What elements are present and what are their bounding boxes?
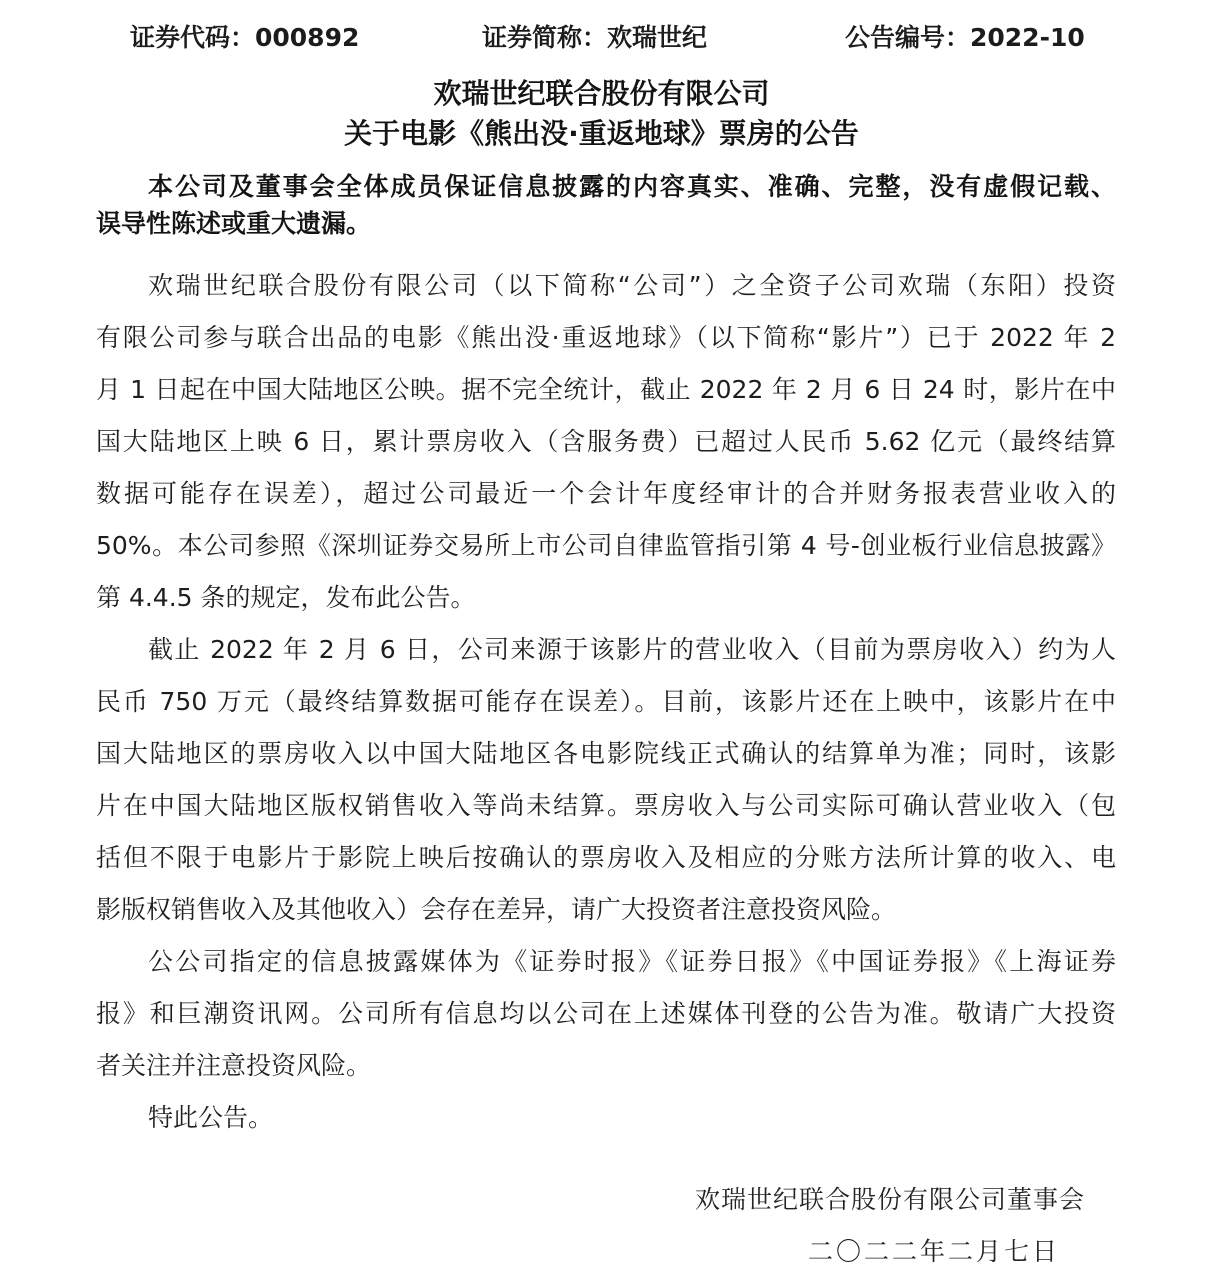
paragraph-line: 月 1 日起在中国大陆地区公映。据不完全统计，截止 2022 年 2 月 6 日… (96, 370, 1116, 406)
paragraph-line: 民币 750 万元（最终结算数据可能存在误差）。目前，该影片还在上映中，该影片在… (96, 682, 1116, 718)
paragraph-line: 欢瑞世纪联合股份有限公司（以下简称“公司”）之全资子公司欢瑞（东阳）投资 (148, 266, 1116, 302)
company-title: 欢瑞世纪联合股份有限公司 (0, 72, 1210, 112)
stock-code: 证券代码：000892 (130, 18, 359, 54)
closing-line: 特此公告。 (148, 1098, 1116, 1134)
paragraph-line: 者关注并注意投资风险。 (96, 1046, 1116, 1082)
paragraph-line: 国大陆地区的票房收入以中国大陆地区各电影院线正式确认的结算单为准；同时，该影 (96, 734, 1116, 770)
paragraph-line: 括但不限于电影片于影院上映后按确认的票房收入及相应的分账方法所计算的收入、电 (96, 838, 1116, 874)
document-header: 证券代码：000892 证券简称：欢瑞世纪 公告编号：2022-10 (0, 14, 1217, 54)
statement-line: 本公司及董事会全体成员保证信息披露的内容真实、准确、完整，没有虚假记载、 (148, 167, 1116, 203)
paragraph-line: 截止 2022 年 2 月 6 日，公司来源于该影片的营业收入（目前为票房收入）… (148, 630, 1116, 666)
paragraph-line: 50%。本公司参照《深圳证券交易所上市公司自律监管指引第 4 号-创业板行业信息… (96, 526, 1116, 562)
stock-abbreviation: 证券简称：欢瑞世纪 (482, 18, 707, 54)
paragraph-line: 公公司指定的信息披露媒体为《证券时报》《证券日报》《中国证券报》《上海证券 (148, 942, 1116, 978)
signature-organization: 欢瑞世纪联合股份有限公司董事会 (695, 1180, 1085, 1216)
paragraph-line: 国大陆地区上映 6 日，累计票房收入（含服务费）已超过人民币 5.62 亿元（最… (96, 422, 1116, 458)
statement-line: 误导性陈述或重大遗漏。 (96, 204, 1116, 240)
paragraph-line: 报》和巨潮资讯网。公司所有信息均以公司在上述媒体刊登的公告为准。敬请广大投资 (96, 994, 1116, 1030)
paragraph-line: 有限公司参与联合出品的电影《熊出没·重返地球》（以下简称“影片”）已于 2022… (96, 318, 1116, 354)
paragraph-line: 影版权销售收入及其他收入）会存在差异，请广大投资者注意投资风险。 (96, 890, 1116, 926)
signature-date: 二〇二二年二月七日 (808, 1232, 1060, 1268)
paragraph-line: 数据可能存在误差），超过公司最近一个会计年度经审计的合并财务报表营业收入的 (96, 474, 1116, 510)
paragraph-line: 第 4.4.5 条的规定，发布此公告。 (96, 578, 1116, 614)
announcement-title: 关于电影《熊出没·重返地球》票房的公告 (0, 112, 1210, 152)
paragraph-line: 片在中国大陆地区版权销售收入等尚未结算。票房收入与公司实际可确认营业收入（包 (96, 786, 1116, 822)
announcement-number: 公告编号：2022-10 (845, 18, 1085, 54)
